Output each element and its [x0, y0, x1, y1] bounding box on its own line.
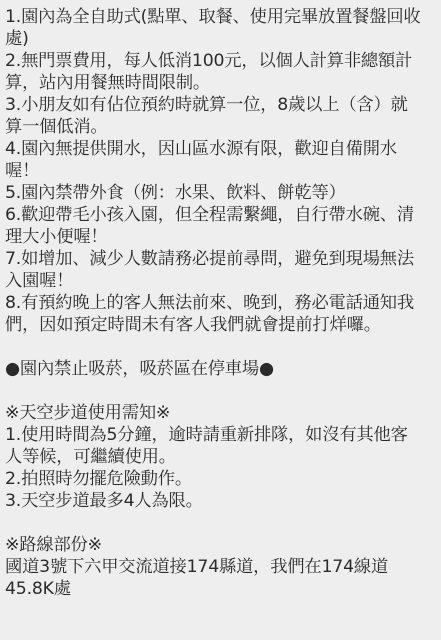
- text-line: 1.使用時間為5分鐘，逾時請重新排隊，如沒有其他客: [5, 424, 441, 446]
- spacer: [5, 512, 441, 534]
- rule-item-7: 7.如增加、減少人數請務必提前尋問，避免到現場無法 入園喔！: [5, 248, 441, 292]
- spacer: [5, 380, 441, 402]
- text-line: 6.歡迎帶毛小孩入園，但全程需繫繩，自行帶水碗、清: [5, 204, 441, 226]
- text-line: 理大小便喔！: [5, 226, 441, 248]
- rules-section: 1.園內為全自助式(點單、取餐、使用完畢放置餐盤回收 處) 2.無門票費用，每人…: [5, 6, 441, 336]
- text-line: 4.園內無提供開水，因山區水源有限，歡迎自備開水: [5, 138, 441, 160]
- route-section: ※路線部份※ 國道3號下六甲交流道接174縣道，我們在174線道 45.8K處: [5, 534, 441, 600]
- text-line: 45.8K處: [5, 578, 441, 600]
- text-line: 8.有預約晚上的客人無法前來、晚到，務必電話通知我: [5, 292, 441, 314]
- rule-item-6: 6.歡迎帶毛小孩入園，但全程需繫繩，自行帶水碗、清 理大小便喔！: [5, 204, 441, 248]
- text-line: 2.無門票費用，每人低消100元，以個人計算非總額計: [5, 50, 441, 72]
- text-line: 人等候，可繼續使用。: [5, 446, 441, 468]
- rule-item-5: 5.園內禁帶外食（例：水果、飲料、餅乾等）: [5, 182, 441, 204]
- smoking-notice: ●園內禁止吸菸，吸菸區在停車場●: [5, 358, 441, 380]
- skywalk-section: ※天空步道使用需知※ 1.使用時間為5分鐘，逾時請重新排隊，如沒有其他客 人等候…: [5, 402, 441, 512]
- text-line: 1.園內為全自助式(點單、取餐、使用完畢放置餐盤回收: [5, 6, 441, 28]
- rule-item-2: 2.無門票費用，每人低消100元，以個人計算非總額計 算，站內用餐無時間限制。: [5, 50, 441, 94]
- route-heading: ※路線部份※: [5, 534, 441, 556]
- text-line: 算一個低消。: [5, 116, 441, 138]
- text-line: 們，因如預定時間未有客人我們就會提前打烊囉。: [5, 314, 441, 336]
- notice-document: 1.園內為全自助式(點單、取餐、使用完畢放置餐盤回收 處) 2.無門票費用，每人…: [0, 0, 441, 600]
- skywalk-item-3: 3.天空步道最多4人為限。: [5, 490, 441, 512]
- text-line: 喔！: [5, 160, 441, 182]
- rule-item-4: 4.園內無提供開水，因山區水源有限，歡迎自備開水 喔！: [5, 138, 441, 182]
- text-line: 7.如增加、減少人數請務必提前尋問，避免到現場無法: [5, 248, 441, 270]
- text-line: 3.小朋友如有佔位預約時就算一位，8歲以上（含）就: [5, 94, 441, 116]
- skywalk-item-2: 2.拍照時勿擺危險動作。: [5, 468, 441, 490]
- rule-item-8: 8.有預約晚上的客人無法前來、晚到，務必電話通知我 們，因如預定時間未有客人我們…: [5, 292, 441, 336]
- spacer: [5, 336, 441, 358]
- text-line: 5.園內禁帶外食（例：水果、飲料、餅乾等）: [5, 182, 441, 204]
- rule-item-3: 3.小朋友如有佔位預約時就算一位，8歲以上（含）就 算一個低消。: [5, 94, 441, 138]
- text-line: 算，站內用餐無時間限制。: [5, 72, 441, 94]
- text-line: 入園喔！: [5, 270, 441, 292]
- skywalk-item-1: 1.使用時間為5分鐘，逾時請重新排隊，如沒有其他客 人等候，可繼續使用。: [5, 424, 441, 468]
- rule-item-1: 1.園內為全自助式(點單、取餐、使用完畢放置餐盤回收 處): [5, 6, 441, 50]
- text-line: 處): [5, 28, 441, 50]
- text-line: 2.拍照時勿擺危險動作。: [5, 468, 441, 490]
- text-line: 國道3號下六甲交流道接174縣道，我們在174線道: [5, 556, 441, 578]
- text-line: 3.天空步道最多4人為限。: [5, 490, 441, 512]
- skywalk-heading: ※天空步道使用需知※: [5, 402, 441, 424]
